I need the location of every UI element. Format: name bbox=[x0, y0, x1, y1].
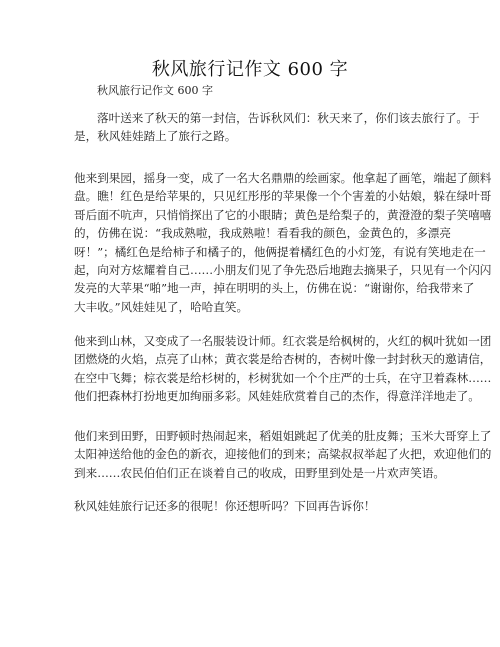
paragraph-line: 的，仿佛在说：“我成熟啦，我成熟啦！看看我的颜色，金黄色的，多漂亮 bbox=[74, 224, 430, 242]
paragraph-line: 秋风娃娃旅行记还多的很呢！你还想听吗？下回再告诉你！ bbox=[74, 497, 430, 515]
paragraph-field: 他们来到田野，田野顿时热闹起来，稻姐姐跳起了优美的肚皮舞；玉米大哥穿上了 太阳神… bbox=[74, 427, 430, 482]
paragraph-line: 他们把森林打扮地更加绚丽多彩。风娃娃欣赏着自己的杰作，得意洋洋地走了。 bbox=[74, 387, 430, 405]
paragraph-line: 他们来到田野，田野顿时热闹起来，稻姐姐跳起了优美的肚皮舞；玉米大哥穿上了 bbox=[74, 427, 430, 445]
paragraph-line: 哥后面不吭声，只悄悄探出了它的小眼睛；黄色是给梨子的，黄澄澄的梨子笑嘻嘻 bbox=[74, 206, 430, 224]
paragraph-line: 太阳神送给他的金色的新衣，迎接他们的到来；高粱叔叔举起了火把，欢迎他们的 bbox=[74, 445, 430, 463]
paragraph-line: 在空中飞舞；棕衣裳是给杉树的，杉树犹如一个个庄严的士兵，在守卫着森林…… bbox=[74, 369, 430, 387]
paragraph-line: 起，向对方炫耀着自己……小朋友们见了争先恐后地跑去摘果子，只见有一个闪闪 bbox=[74, 261, 430, 279]
paragraph-line: 他来到山林，又变成了一名服装设计师。红衣裳是给枫树的，火红的枫叶犹如一团 bbox=[74, 332, 430, 350]
paragraph-line: 发亮的大苹果“啪”地一声，掉在明明的头上，仿佛在说：“谢谢你，给我带来了 bbox=[74, 279, 430, 297]
document-subtitle: 秋风旅行记作文 600 字 bbox=[97, 83, 213, 99]
paragraph-line: 是，秋风娃娃踏上了旅行之路。 bbox=[74, 127, 430, 145]
paragraph-line: 呀！”；橘红色是给柿子和橘子的，他俩提着橘红色的小灯笼，有说有笑地走在一 bbox=[74, 243, 430, 261]
paragraph-line: 盘。瞧！红色是给苹果的，只见红彤彤的苹果像一个个害羞的小姑娘，躲在绿叶哥 bbox=[74, 187, 430, 205]
paragraph-closing: 秋风娃娃旅行记还多的很呢！你还想听吗？下回再告诉你！ bbox=[74, 497, 430, 515]
paragraph-line: 落叶送来了秋天的第一封信，告诉秋风们：秋天来了，你们该去旅行了。于 bbox=[74, 109, 430, 127]
paragraph-line: 团燃烧的火焰，点亮了山林；黄衣裳是给杏树的，杏树叶像一封封秋天的邀请信， bbox=[74, 350, 430, 368]
paragraph-forest: 他来到山林，又变成了一名服装设计师。红衣裳是给枫树的，火红的枫叶犹如一团 团燃烧… bbox=[74, 332, 430, 406]
paragraph-intro: 落叶送来了秋天的第一封信，告诉秋风们：秋天来了，你们该去旅行了。于 是，秋风娃娃… bbox=[74, 109, 430, 146]
paragraph-orchard: 他来到果园，摇身一变，成了一名大名鼎鼎的绘画家。他拿起了画笔，端起了颜料 盘。瞧… bbox=[74, 169, 430, 316]
paragraph-line: 大丰收。”风娃娃见了，哈哈直笑。 bbox=[74, 298, 430, 316]
paragraph-line: 到来……农民伯伯们正在谈着自己的收成，田野里到处是一片欢声笑语。 bbox=[74, 464, 430, 482]
paragraph-line: 他来到果园，摇身一变，成了一名大名鼎鼎的绘画家。他拿起了画笔，端起了颜料 bbox=[74, 169, 430, 187]
document-title: 秋风旅行记作文 600 字 bbox=[0, 58, 500, 82]
document-page: 秋风旅行记作文 600 字 秋风旅行记作文 600 字 落叶送来了秋天的第一封信… bbox=[0, 0, 500, 647]
